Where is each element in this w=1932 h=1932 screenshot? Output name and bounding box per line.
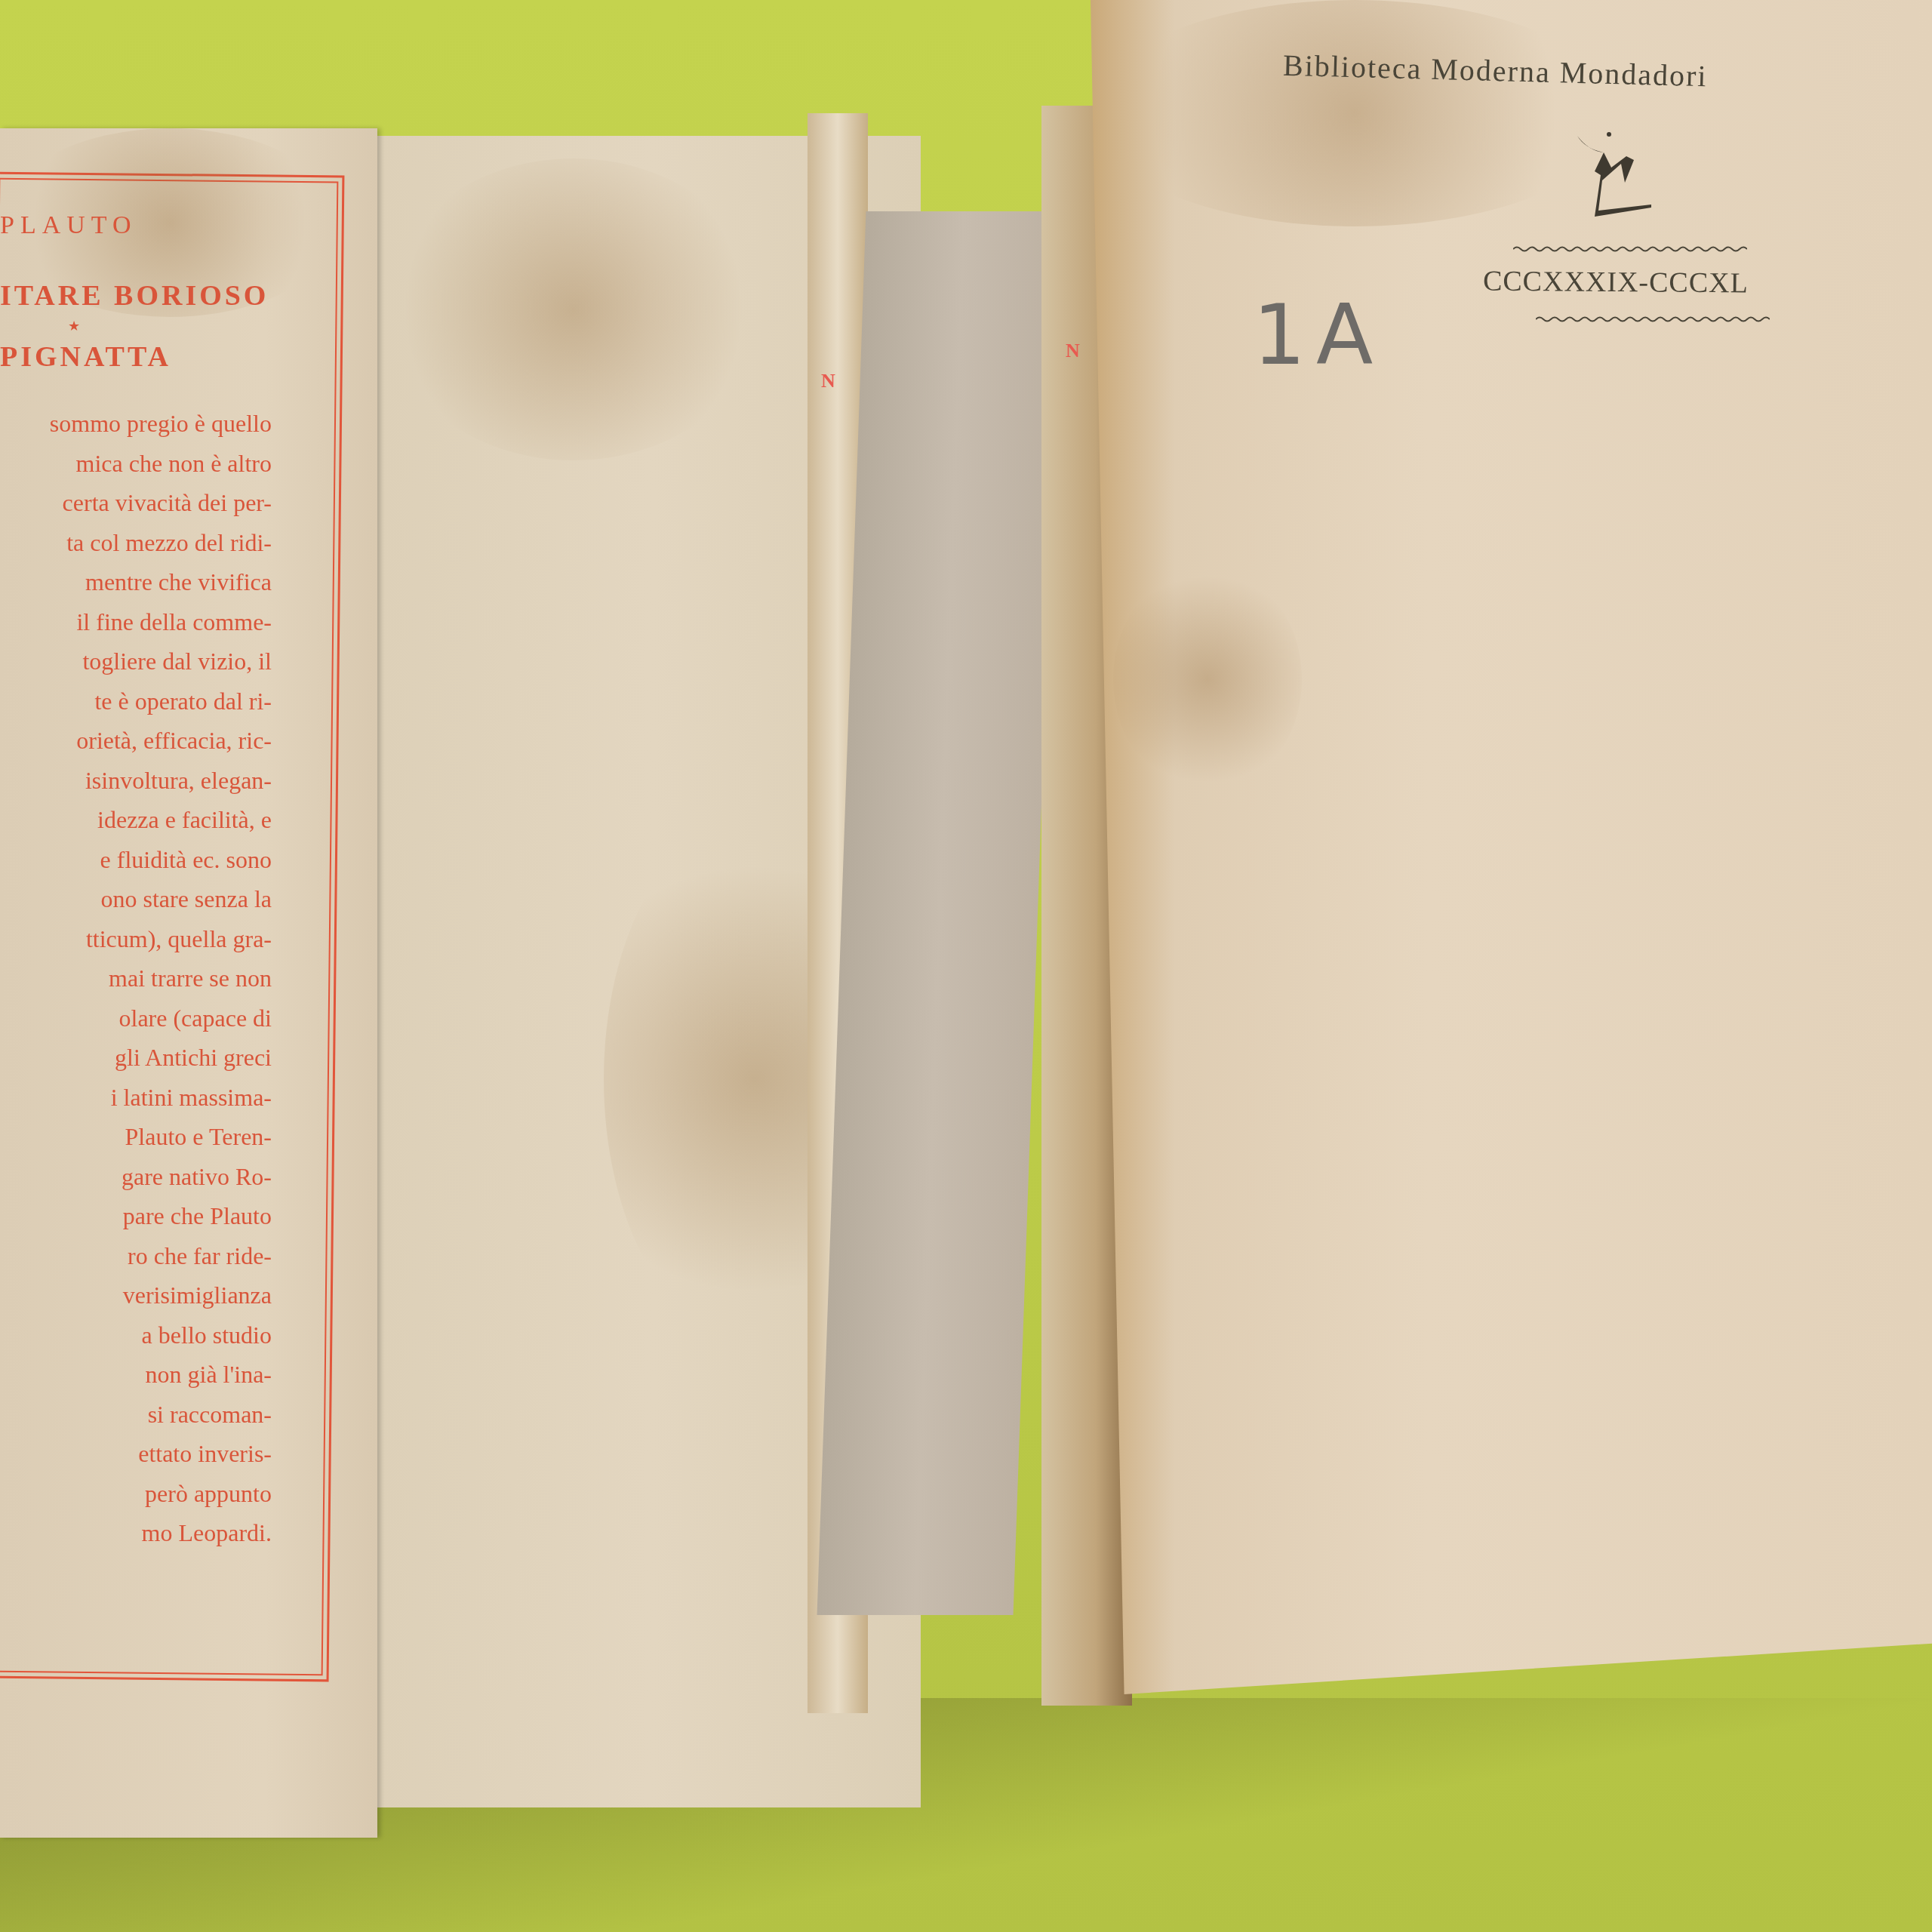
wavy-rule-bottom	[1536, 315, 1770, 323]
blurb-line: mentre che vivifica	[0, 562, 272, 602]
blurb-line: olare (capace di	[0, 998, 272, 1038]
author-name: PLAUTO	[0, 211, 325, 240]
leaping-deer-icon	[1555, 128, 1668, 241]
blurb-line: e fluidità ec. sono	[0, 840, 272, 880]
blurb-line: te è operato dal ri-	[0, 681, 272, 721]
blurb-line: i latini massima-	[0, 1078, 272, 1118]
flap-text-block: PLAUTO ITARE BORIOSO ★ PIGNATTA sommo pr…	[0, 211, 325, 1553]
spine-mark: N	[1066, 340, 1080, 362]
dust-jacket-flap: PLAUTO ITARE BORIOSO ★ PIGNATTA sommo pr…	[0, 128, 377, 1838]
blurb-line: mo Leopardi.	[0, 1513, 272, 1553]
blurb-line: ta col mezzo del ridi-	[0, 523, 272, 563]
blurb-line: pare che Plauto	[0, 1196, 272, 1236]
blurb-line: mica che non è altro	[0, 444, 272, 484]
blurb-line: il fine della comme-	[0, 602, 272, 642]
blurb-line: mai trarre se non	[0, 958, 272, 998]
wavy-rule-top	[1513, 245, 1747, 253]
water-stain	[1113, 566, 1302, 792]
blurb-line: isinvoltura, elegan-	[0, 761, 272, 801]
volume-numbers: CCCXXXIX-CCCXL	[1483, 264, 1749, 300]
blurb-line: ro che far ride-	[0, 1236, 272, 1276]
spine-mark: N	[821, 370, 835, 392]
pencil-annotation: 1A	[1253, 287, 1383, 383]
title-line-1: ITARE BORIOSO	[0, 279, 325, 312]
blurb-line: non già l'ina-	[0, 1355, 272, 1395]
blurb-line: tticum), quella gra-	[0, 919, 272, 959]
blurb-line: però appunto	[0, 1474, 272, 1514]
blurb-line: ettato inveris-	[0, 1434, 272, 1474]
blurb-text: sommo pregio è quellomica che non è altr…	[0, 404, 325, 1553]
star-separator: ★	[0, 318, 325, 334]
title-page	[1091, 0, 1932, 1694]
title-line-2: PIGNATTA	[0, 340, 325, 374]
blurb-line: Plauto e Teren-	[0, 1117, 272, 1157]
blurb-line: togliere dal vizio, il	[0, 641, 272, 681]
blurb-line: orietà, efficacia, ric-	[0, 721, 272, 761]
blurb-line: idezza e facilità, e	[0, 800, 272, 840]
blurb-line: ono stare senza la	[0, 879, 272, 919]
blurb-line: sommo pregio è quello	[0, 404, 272, 444]
blurb-line: gli Antichi greci	[0, 1038, 272, 1078]
blurb-line: verisimiglianza	[0, 1275, 272, 1315]
water-stain	[1091, 0, 1619, 226]
blurb-line: a bello studio	[0, 1315, 272, 1355]
blurb-line: gare nativo Ro-	[0, 1157, 272, 1197]
blurb-line: si raccoman-	[0, 1395, 272, 1435]
blurb-line: certa vivacità dei per-	[0, 483, 272, 523]
water-stain	[385, 158, 762, 460]
